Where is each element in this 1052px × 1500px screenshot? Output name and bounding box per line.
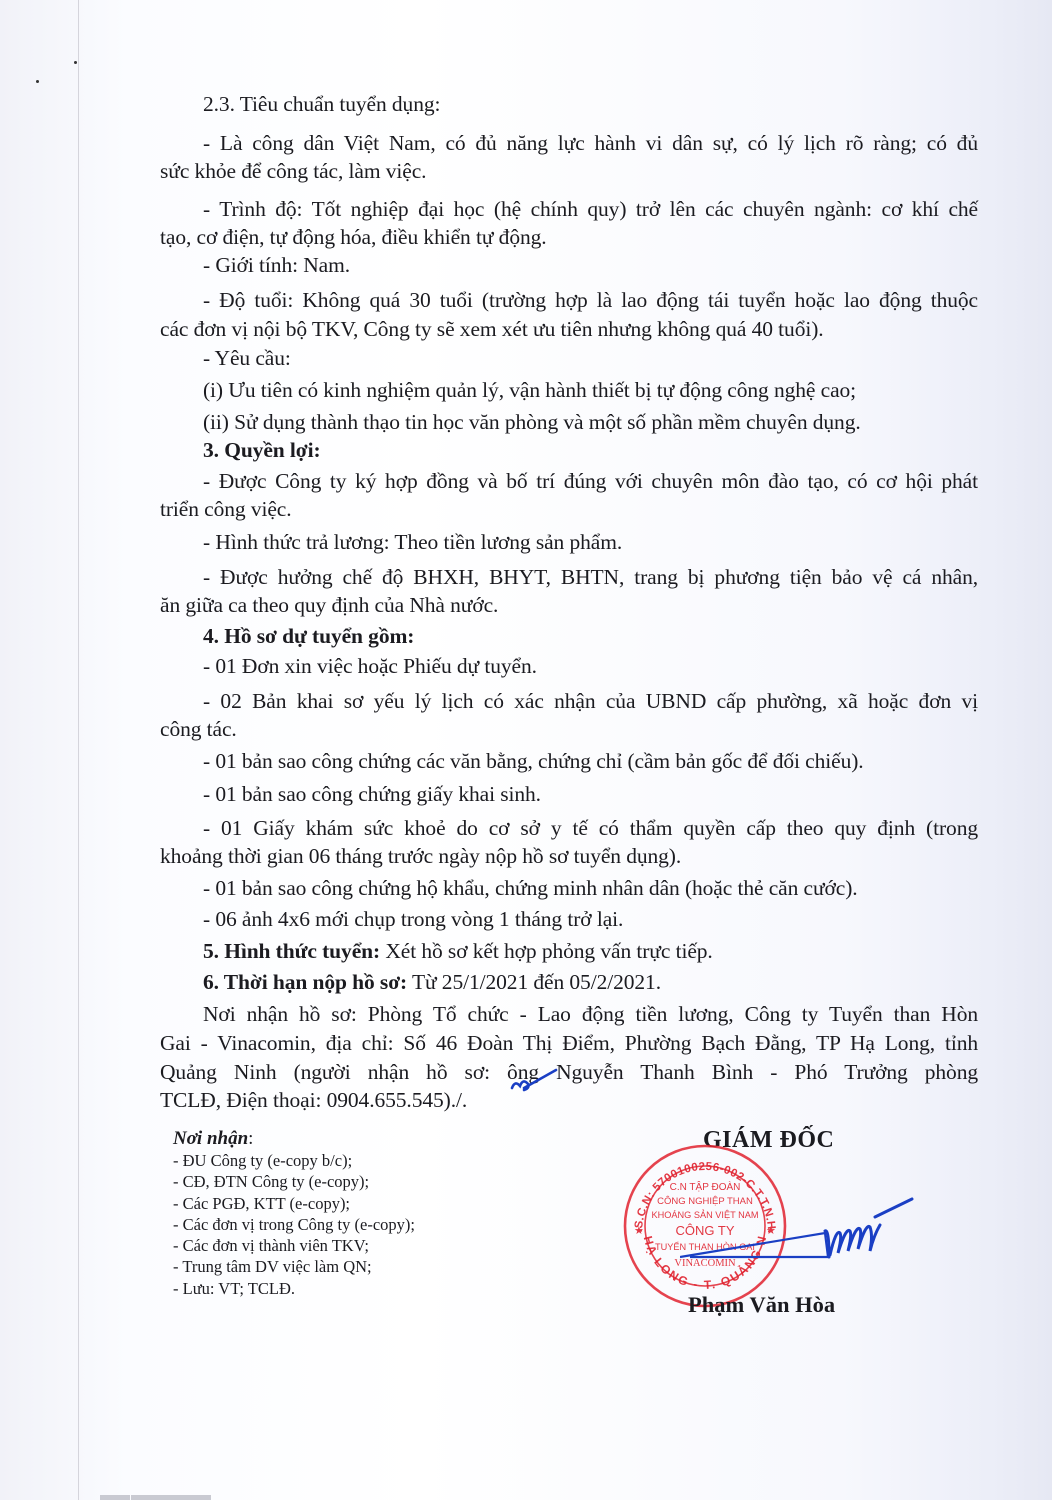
recipient-item: - Các đơn vị trong Công ty (e-copy); — [173, 1214, 415, 1235]
application-doc-6: - 01 bản sao công chứng hộ khẩu, chứng m… — [203, 874, 858, 902]
requirement-item-1: (i) Ưu tiên có kinh nghiệm quản lý, vận … — [203, 376, 856, 404]
recipients-list: Nơi nhận: - ĐU Công ty (e-copy b/c); - C… — [173, 1128, 415, 1299]
application-doc-4: - 01 bản sao công chứng giấy khai sinh. — [203, 780, 541, 808]
recipient-item: - Các đơn vị thành viên TKV; — [173, 1235, 415, 1256]
recipient-item: - ĐU Công ty (e-copy b/c); — [173, 1150, 415, 1171]
handwritten-signature-icon — [680, 1195, 920, 1275]
citizen-requirement-line-2: sức khỏe để công tác, làm việc. — [160, 157, 426, 185]
requirement-item-2: (ii) Sử dụng thành thạo tin học văn phòn… — [203, 408, 861, 436]
gender-requirement: - Giới tính: Nam. — [203, 251, 350, 279]
scan-artifact — [100, 1495, 130, 1500]
svg-text:C.N TẬP ĐOÀN: C.N TẬP ĐOÀN — [670, 1180, 741, 1193]
insurance-benefit-line-1: - Được hưởng chế độ BHXH, BHYT, BHTN, tr… — [203, 563, 978, 591]
initial-mark-icon — [510, 1066, 560, 1096]
recipient-item: - Các PGĐ, KTT (e-copy); — [173, 1193, 415, 1214]
section-5-recruitment-method: 5. Hình thức tuyển: Xét hồ sơ kết hợp ph… — [203, 937, 713, 965]
application-doc-5-line-2: khoảng thời gian 06 tháng trước ngày nộp… — [160, 842, 681, 870]
section-6-deadline: 6. Thời hạn nộp hồ sơ: Từ 25/1/2021 đến … — [203, 968, 661, 996]
salary-benefit: - Hình thức trả lương: Theo tiền lương s… — [203, 528, 622, 556]
recipients-title: Nơi nhận: — [173, 1128, 415, 1150]
section-2-3-heading: 2.3. Tiêu chuẩn tuyển dụng: — [203, 90, 440, 118]
submission-address-line-4: TCLĐ, Điện thoại: 0904.655.545)./. — [160, 1086, 467, 1114]
svg-text:★: ★ — [634, 1225, 644, 1237]
recipient-item: - CĐ, ĐTN Công ty (e-copy); — [173, 1171, 415, 1192]
requirements-label: - Yêu cầu: — [203, 344, 291, 372]
education-requirement-line-1: - Trình độ: Tốt nghiệp đại học (hệ chính… — [203, 195, 978, 223]
section-4-heading: 4. Hồ sơ dự tuyển gồm: — [203, 622, 414, 650]
education-requirement-line-2: tạo, cơ điện, tự động hóa, điều khiển tự… — [160, 223, 547, 251]
citizen-requirement-line-1: - Là công dân Việt Nam, có đủ năng lực h… — [203, 129, 978, 157]
application-doc-2-line-2: công tác. — [160, 715, 237, 743]
recipient-item: - Lưu: VT; TCLĐ. — [173, 1278, 415, 1299]
age-requirement-line-1: - Độ tuổi: Không quá 30 tuổi (trường hợp… — [203, 286, 978, 314]
scan-artifact — [131, 1495, 211, 1500]
contract-benefit-line-2: triển công việc. — [160, 495, 292, 523]
scan-speck — [36, 80, 39, 83]
section-3-heading: 3. Quyền lợi: — [203, 436, 321, 464]
submission-address-line-2: Gai - Vinacomin, địa chỉ: Số 46 Đoàn Thị… — [160, 1029, 978, 1057]
application-doc-5-line-1: - 01 Giấy khám sức khoẻ do cơ sở y tế có… — [203, 814, 978, 842]
insurance-benefit-line-2: ăn giữa ca theo quy định của Nhà nước. — [160, 591, 498, 619]
submission-address-line-1: Nơi nhận hồ sơ: Phòng Tổ chức - Lao động… — [203, 1000, 978, 1028]
application-doc-7: - 06 ảnh 4x6 mới chụp trong vòng 1 tháng… — [203, 905, 623, 933]
application-doc-1: - 01 Đơn xin việc hoặc Phiếu dự tuyển. — [203, 652, 537, 680]
application-doc-2-line-1: - 02 Bản khai sơ yếu lý lịch có xác nhận… — [203, 687, 978, 715]
scan-speck — [74, 61, 77, 64]
submission-address-line-3: Quảng Ninh (người nhận hồ sơ: ông Nguyễn… — [160, 1058, 978, 1086]
age-requirement-line-2: các đơn vị nội bộ TKV, Công ty sẽ xem xé… — [160, 315, 824, 343]
scan-edge-line — [78, 0, 79, 1500]
application-doc-3: - 01 bản sao công chứng các văn bằng, ch… — [203, 747, 864, 775]
contract-benefit-line-1: - Được Công ty ký hợp đồng và bố trí đún… — [203, 467, 978, 495]
signer-name: Phạm Văn Hòa — [688, 1292, 835, 1318]
recipient-item: - Trung tâm DV việc làm QN; — [173, 1256, 415, 1277]
